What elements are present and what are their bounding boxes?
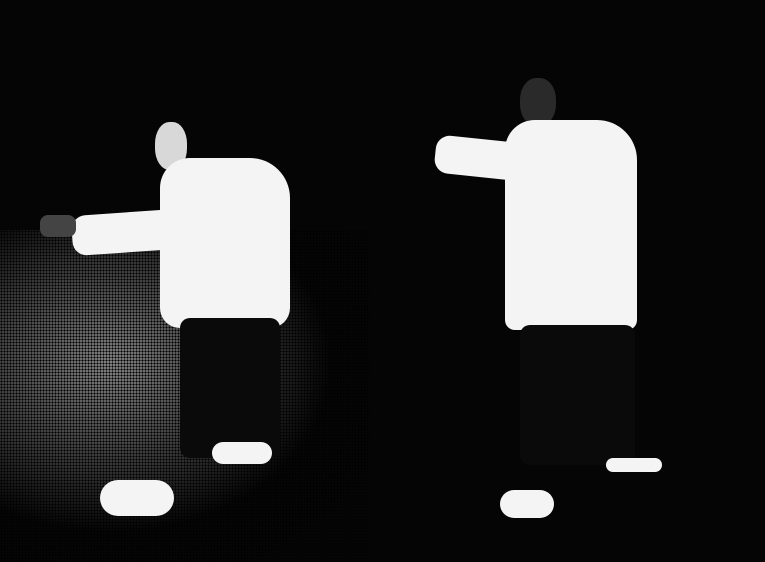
person-right-shoe-back bbox=[500, 490, 554, 518]
photo bbox=[0, 0, 765, 562]
person-left-hand bbox=[40, 215, 76, 237]
person-left-arm bbox=[71, 208, 193, 256]
person-left-shoe-front bbox=[212, 442, 272, 464]
person-right-trousers bbox=[520, 325, 635, 465]
person-left-shoe-back bbox=[100, 480, 174, 516]
person-right-head bbox=[520, 78, 556, 126]
person-right-shoe-front bbox=[606, 458, 662, 472]
person-left-trousers bbox=[180, 318, 280, 458]
